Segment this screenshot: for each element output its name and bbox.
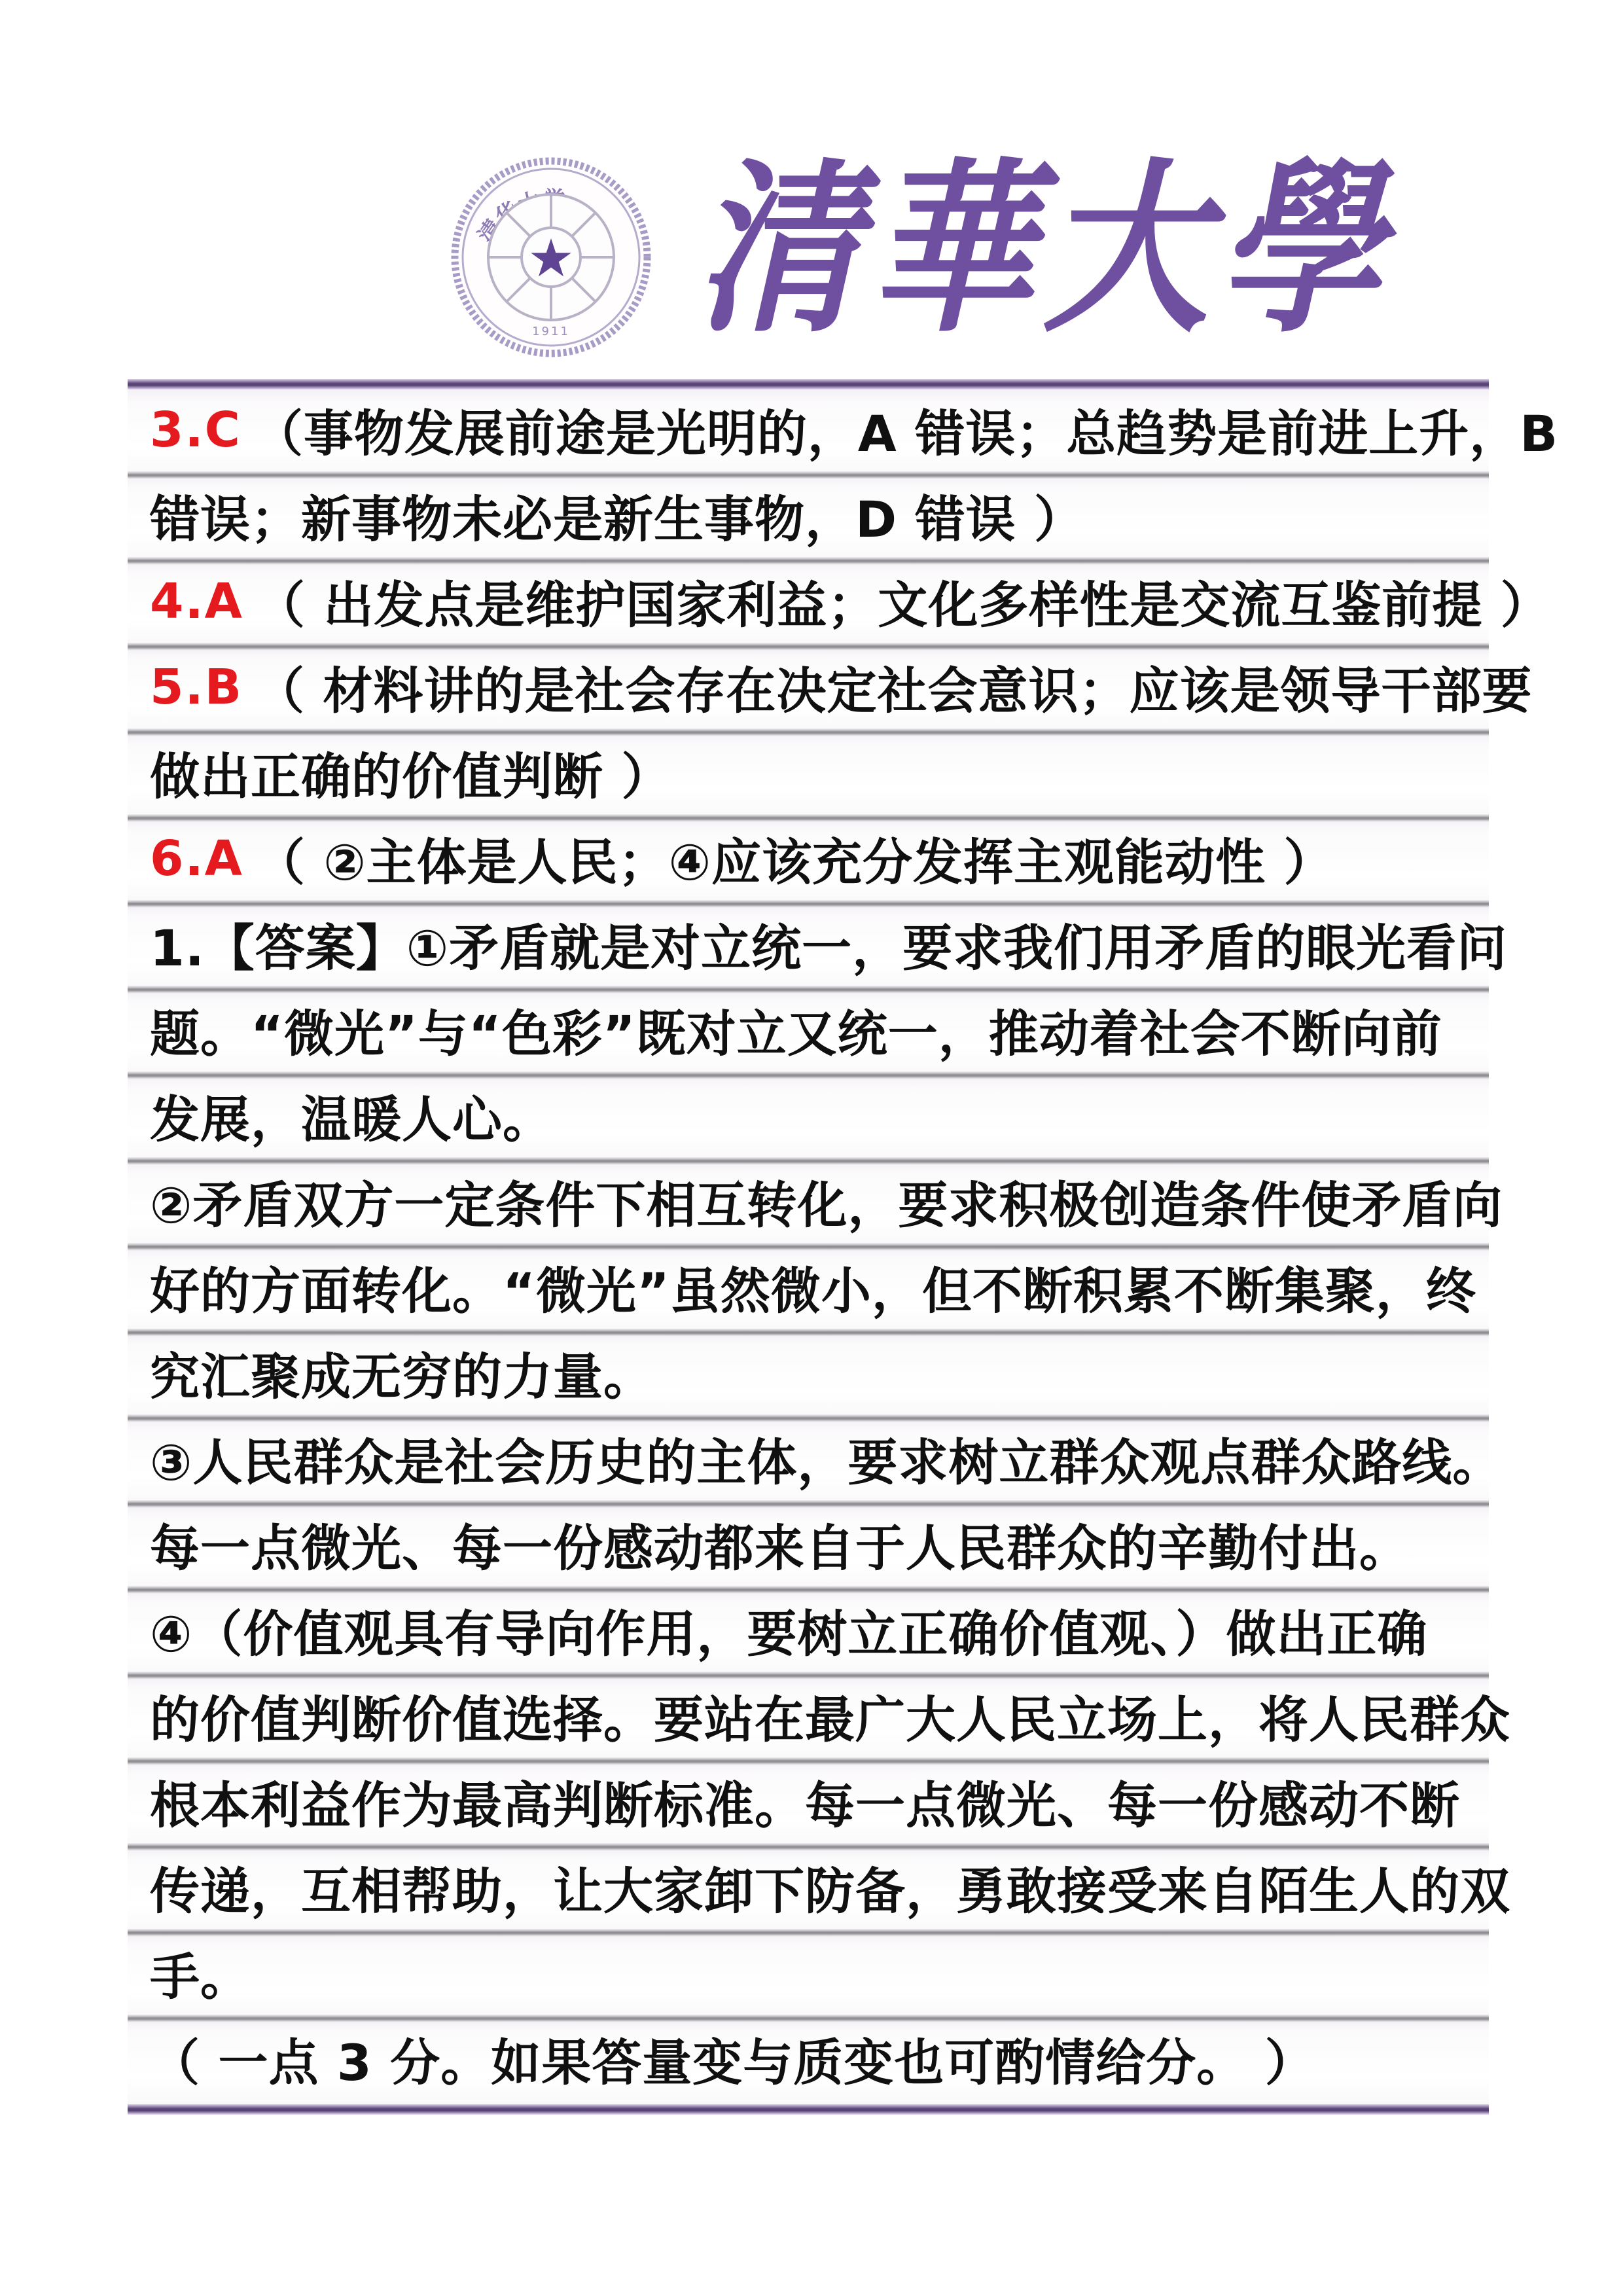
answer-text: 每一点微光、每一份感动都来自于人民群众的辛勤付出。 xyxy=(150,1509,1410,1580)
answer-text: 根本利益作为最高判断标准。每一点微光、每一份感动不断 xyxy=(150,1766,1460,1837)
answer-text: （事物发展前途是光明的，A 错误；总趋势是前进上升，B xyxy=(253,394,1558,465)
answer-text: 做出正确的价值判断 ） xyxy=(150,737,671,808)
answer-text: ②矛盾双方一定条件下相互转化，要求积极创造条件使矛盾向 xyxy=(150,1166,1503,1237)
answer-row: 根本利益作为最高判断标准。每一点微光、每一份感动不断 xyxy=(128,1761,1489,1847)
answer-number: 5.B xyxy=(150,659,243,715)
answer-text: （ 出发点是维护国家利益；文化多样性是交流互鉴前提 ） xyxy=(255,565,1551,637)
answer-text: （ ②主体是人民；④应该充分发挥主观能动性 ） xyxy=(255,823,1334,894)
university-name-calligraphy: 清華大學 xyxy=(695,130,1391,372)
answer-row: 好的方面转化。“微光”虽然微小，但不断积累不断集聚，终 xyxy=(128,1247,1489,1333)
answer-number: 4.A xyxy=(150,573,243,630)
answer-row: ②矛盾双方一定条件下相互转化，要求积极创造条件使矛盾向 xyxy=(128,1161,1489,1247)
answer-row: 5.B（ 材料讲的是社会存在决定社会意识；应该是领导干部要 xyxy=(128,647,1489,732)
answer-row: 3.C（事物发展前途是光明的，A 错误；总趋势是前进上升，B xyxy=(128,389,1489,475)
answer-text: 的价值判断价值选择。要站在最广大人民立场上，将人民群众 xyxy=(150,1680,1510,1751)
table-bottom-border xyxy=(128,2104,1489,2115)
answer-row: 的价值判断价值选择。要站在最广大人民立场上，将人民群众 xyxy=(128,1676,1489,1761)
answer-text: 题。“微光”与“色彩”既对立又统一，推动着社会不断向前 xyxy=(150,994,1442,1066)
answer-sheet-table: 3.C（事物发展前途是光明的，A 错误；总趋势是前进上升，B错误；新事物未必是新… xyxy=(128,379,1489,2115)
seal-year: 1911 xyxy=(532,325,570,338)
answer-text: 错误；新事物未必是新生事物，D 错误 ） xyxy=(150,480,1084,551)
answer-row: 做出正确的价值判断 ） xyxy=(128,732,1489,818)
answer-text: 手。 xyxy=(150,1937,251,2009)
answer-text: 传递，互相帮助，让大家卸下防备，勇敢接受来自陌生人的双 xyxy=(150,1852,1510,1923)
answer-text: 好的方面转化。“微光”虽然微小，但不断积累不断集聚，终 xyxy=(150,1251,1476,1323)
answer-number: 3.C xyxy=(150,402,241,458)
answer-row: 1.【答案】①矛盾就是对立统一，要求我们用矛盾的眼光看问 xyxy=(128,904,1489,990)
answer-text: ④（价值观具有导向作用，要树立正确价值观、）做出正确 xyxy=(150,1594,1427,1666)
answer-text: （ 一点 3 分。如果答量变与质变也可酌情给分。 ） xyxy=(150,2023,1315,2094)
answer-text: （ 材料讲的是社会存在决定社会意识；应该是领导干部要 xyxy=(255,651,1532,723)
answer-text: 发展，温暖人心。 xyxy=(150,1080,553,1151)
university-header: 清华大学 ★ 1911 清華大學 xyxy=(0,0,1623,380)
answer-row: 6.A（ ②主体是人民；④应该充分发挥主观能动性 ） xyxy=(128,818,1489,904)
answer-row: （ 一点 3 分。如果答量变与质变也可酌情给分。 ） xyxy=(128,2018,1489,2104)
answer-row: 传递，互相帮助，让大家卸下防备，勇敢接受来自陌生人的双 xyxy=(128,1847,1489,1933)
answer-text: 究汇聚成无穷的力量。 xyxy=(150,1337,654,1408)
answer-row: 发展，温暖人心。 xyxy=(128,1075,1489,1161)
seal-star: ★ xyxy=(527,228,575,289)
tsinghua-seal-logo: 清华大学 ★ 1911 xyxy=(450,154,652,360)
answer-row: 4.A（ 出发点是维护国家利益；文化多样性是交流互鉴前提 ） xyxy=(128,561,1489,647)
answer-row: 每一点微光、每一份感动都来自于人民群众的辛勤付出。 xyxy=(128,1504,1489,1590)
answer-row: ④（价值观具有导向作用，要树立正确价值观、）做出正确 xyxy=(128,1590,1489,1676)
answer-row: 究汇聚成无穷的力量。 xyxy=(128,1333,1489,1418)
answer-text: 1.【答案】①矛盾就是对立统一，要求我们用矛盾的眼光看问 xyxy=(150,908,1507,980)
answer-row: 题。“微光”与“色彩”既对立又统一，推动着社会不断向前 xyxy=(128,990,1489,1075)
answer-row: 手。 xyxy=(128,1933,1489,2018)
answer-number: 6.A xyxy=(150,831,243,887)
table-top-border xyxy=(128,379,1489,389)
answer-row: ③人民群众是社会历史的主体，要求树立群众观点群众路线。 xyxy=(128,1418,1489,1504)
answer-text: ③人民群众是社会历史的主体，要求树立群众观点群众路线。 xyxy=(150,1423,1503,1494)
answer-rows: 3.C（事物发展前途是光明的，A 错误；总趋势是前进上升，B错误；新事物未必是新… xyxy=(128,389,1489,2104)
answer-row: 错误；新事物未必是新生事物，D 错误 ） xyxy=(128,475,1489,561)
